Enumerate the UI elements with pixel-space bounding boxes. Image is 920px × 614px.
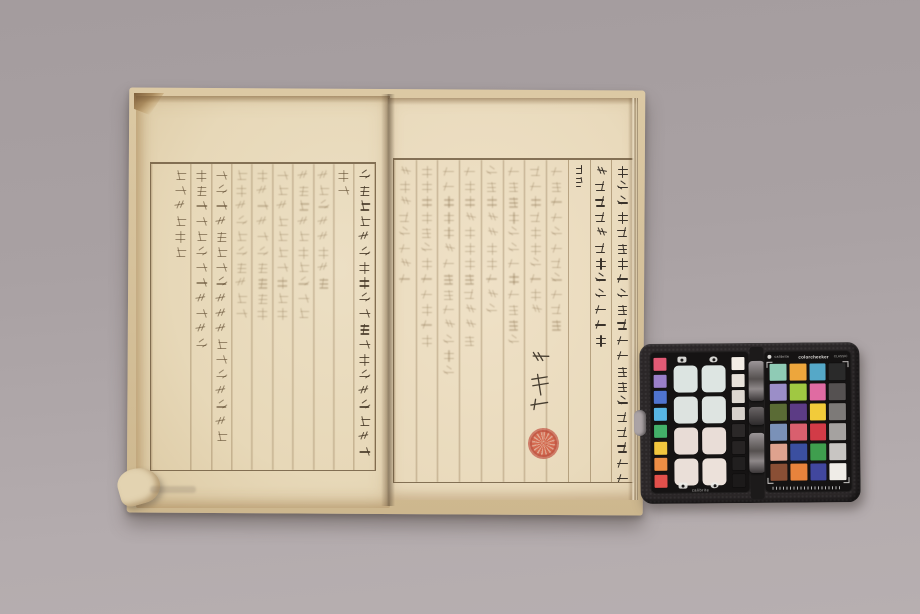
handwritten-glyph [551,212,563,224]
handwritten-glyph [617,289,629,301]
micro-text-strip [773,486,841,490]
handwritten-glyph [421,304,433,316]
handwritten-glyph [399,243,411,255]
handwritten-glyph [464,181,476,193]
handwritten-glyph [216,247,228,259]
classic-color-patch [810,463,827,480]
classic-color-patch [790,444,807,461]
handwritten-glyph [175,216,187,228]
handwritten-glyph [530,181,542,193]
text-column [437,160,459,482]
classic-color-patch [790,464,807,481]
handwritten-glyph [358,185,370,197]
handwritten-glyph [595,227,607,239]
handwritten-glyph [358,277,370,289]
handwritten-glyph [358,370,370,382]
handwritten-glyph [530,196,542,208]
handwritten-glyph [551,304,563,316]
handwritten-glyph [595,243,607,255]
color-patch [654,425,667,438]
handwritten-glyph [216,400,228,412]
handwritten-glyph [443,289,455,301]
handwritten-glyph [236,262,248,274]
handwritten-glyph [216,231,228,243]
handwritten-glyph [464,335,476,347]
classic-color-patch [769,364,786,381]
handwritten-glyph [530,304,542,316]
handwritten-glyph [216,323,228,335]
handwritten-glyph [617,196,629,208]
color-patch [654,391,667,404]
handwritten-glyph [277,200,289,212]
handwritten-glyph [617,243,629,255]
white-balance-patch-grid [673,365,726,483]
handwritten-glyph [195,247,207,259]
handwritten-glyph [338,185,350,197]
classic-color-patch [810,423,827,440]
case-hinge [749,347,764,499]
handwritten-glyph [486,212,498,224]
handwritten-glyph [257,262,269,274]
handwritten-glyph [358,293,370,305]
handwritten-glyph [530,166,542,178]
handwritten-glyph [358,416,370,428]
handwritten-glyph [617,458,629,470]
handwritten-glyph [486,289,498,301]
handwritten-glyph [358,385,370,397]
handwritten-glyph [617,442,629,454]
book-gutter-shadow [381,94,395,506]
handwritten-glyph [617,212,629,224]
handwritten-glyph [421,227,433,239]
color-patch [654,458,667,471]
handwritten-glyph [297,170,309,182]
white-balance-patch [702,396,726,423]
handwritten-glyph [318,216,330,228]
handwritten-glyph [318,231,330,243]
handwritten-glyph [551,258,563,270]
classic-color-patch [829,443,846,460]
handwritten-glyph [297,200,309,212]
handwritten-glyph [551,227,563,239]
color-patch [654,475,667,488]
handwritten-glyph [617,304,629,316]
text-column [334,164,354,470]
handwritten-glyph [595,289,607,301]
handwritten-glyph [277,216,289,228]
handwritten-glyph [216,385,228,397]
classic-color-patch [809,363,826,380]
handwritten-glyph [530,258,542,270]
handwritten-glyph [216,170,228,182]
handwritten-glyph [297,293,309,305]
white-balance-patch [674,427,698,454]
handwritten-glyph [443,227,455,239]
text-column [212,164,232,470]
handwritten-glyph [297,185,309,197]
classic-color-patch [790,424,807,441]
handwritten-glyph [508,227,520,239]
handwritten-glyph [236,200,248,212]
handwritten-glyph [236,277,248,289]
handwritten-glyph [486,181,498,193]
colorchecker-passport: calibrite calibrite colorchecker CLASSIC [639,342,860,504]
classic-color-patch [809,403,826,420]
handwritten-glyph [216,216,228,228]
handwritten-glyph [595,319,607,331]
classic-color-patch [829,423,846,440]
handwritten-glyph [617,335,629,347]
handwritten-glyph [443,212,455,224]
handwritten-glyph [464,227,476,239]
handwritten-glyph [443,366,455,378]
handwritten-glyph [464,258,476,270]
classic-color-patch [789,364,806,381]
handwritten-glyph [195,339,207,351]
handwritten-glyph [236,247,248,259]
handwritten-glyph [421,273,433,285]
handwritten-glyph [175,185,187,197]
handwritten-glyph [358,216,370,228]
handwritten-glyph [257,277,269,289]
handwritten-glyph [575,165,583,173]
handwritten-glyph [358,323,370,335]
handwritten-glyph [508,212,520,224]
camera-icon [677,357,686,363]
classic-color-patch [789,384,806,401]
handwritten-glyph [551,181,563,193]
handwritten-glyph [508,181,520,193]
handwritten-glyph [277,293,289,305]
handwritten-glyph [464,304,476,316]
edge-stain [136,96,390,103]
handwritten-glyph [595,166,607,178]
brand-logo-icon [767,355,771,359]
handwritten-glyph [216,200,228,212]
handwritten-glyph [297,308,309,320]
text-column [192,164,212,470]
handwritten-glyph [216,185,228,197]
handwritten-glyph [216,354,228,366]
handwritten-glyph [297,247,309,259]
handwritten-glyph [257,308,269,320]
color-patch [653,358,666,371]
hinge-knuckle [748,361,764,401]
handwritten-glyph [175,170,187,182]
handwritten-glyph [530,243,542,255]
handwritten-glyph [464,166,476,178]
handwritten-glyph [257,293,269,305]
handwritten-glyph [358,339,370,351]
brand-label: calibrite [651,487,751,493]
classic-color-patch [829,363,846,380]
handwritten-glyph [338,170,350,182]
handwritten-glyph [277,262,289,274]
color-patch [654,374,667,387]
handwritten-glyph [464,319,476,331]
handwritten-glyph [277,231,289,243]
handwritten-glyph [530,273,542,285]
handwritten-glyph [464,243,476,255]
handwritten-glyph [399,273,411,285]
handwritten-glyph [486,243,498,255]
text-column [481,160,503,482]
color-patch [654,441,667,454]
handwritten-glyph [175,247,187,259]
handwritten-glyph [421,335,433,347]
handwritten-glyph [421,289,433,301]
handwritten-glyph [443,350,455,362]
handwritten-glyph [216,416,228,428]
gray-patch [732,441,745,454]
text-column [294,164,314,470]
handwritten-glyph [486,196,498,208]
handwritten-glyph [318,277,330,289]
enhancement-target-panel: calibrite [649,351,750,494]
handwritten-glyph [508,304,520,316]
handwritten-glyph [257,170,269,182]
white-balance-patch [702,427,726,454]
text-column [253,164,273,470]
classic-color-patch [809,383,826,400]
handwritten-glyph [595,273,607,285]
handwritten-glyph [575,176,583,184]
handwritten-glyph [297,277,309,289]
handwritten-glyph [421,196,433,208]
handwritten-glyph [443,196,455,208]
gray-patch [732,374,745,387]
handwritten-glyph [617,396,629,408]
gray-patch [732,474,745,487]
classic-color-patch [790,404,807,421]
white-balance-patch [673,365,697,392]
handwritten-glyph [358,400,370,412]
handwritten-glyph [508,289,520,301]
left-page-ruled-columns [150,162,376,471]
handwritten-glyph [195,293,207,305]
white-balance-patch [674,396,698,423]
color-patch-column [653,358,668,488]
handwritten-glyph [595,335,607,347]
handwritten-glyph [257,200,269,212]
handwritten-glyph [195,308,207,320]
handwritten-glyph [399,227,411,239]
white-balance-patch [701,365,725,392]
handwritten-glyph [443,243,455,255]
handwritten-glyph [318,262,330,274]
color-patch [654,408,667,421]
classic-color-patch [770,384,787,401]
handwritten-glyph [421,166,433,178]
handwritten-glyph [486,166,498,178]
handwritten-glyph [617,473,629,482]
handwritten-glyph [399,166,411,178]
handwritten-glyph [508,319,520,331]
handwritten-glyph [175,231,187,243]
manuscript-right-page [388,98,638,500]
text-column [273,164,293,470]
hinge-knuckle [749,433,765,473]
handwritten-glyph [421,212,433,224]
handwritten-glyph [443,319,455,331]
classic-color-patch [770,444,787,461]
white-balance-patch [674,458,698,485]
handwritten-glyph [399,258,411,270]
handwritten-glyph [358,200,370,212]
brand-label: calibrite [774,355,789,359]
handwritten-glyph [508,258,520,270]
handwritten-glyph [216,262,228,274]
classic-target-panel: calibrite colorchecker CLASSIC [763,350,852,493]
text-column [151,164,171,470]
red-seal-impression [528,428,559,459]
handwritten-glyph [257,216,269,228]
handwritten-glyph [421,319,433,331]
handwritten-glyph [195,200,207,212]
handwritten-glyph [486,258,498,270]
text-column [314,164,334,470]
classic-color-patch [829,403,846,420]
handwritten-glyph [508,196,520,208]
handwritten-glyph [358,247,370,259]
handwritten-glyph [530,289,542,301]
gray-patch [732,390,745,403]
handwritten-glyph [257,185,269,197]
handwritten-glyph [617,412,629,424]
case-notch [634,410,646,436]
handwritten-glyph [257,231,269,243]
handwritten-glyph [236,231,248,243]
handwritten-glyph [617,273,629,285]
text-column [590,160,612,482]
gray-patch [732,424,745,437]
handwritten-glyph [530,227,542,239]
classic-color-patch [829,383,846,400]
handwritten-glyph [195,231,207,243]
handwritten-glyph [464,273,476,285]
handwritten-glyph [277,185,289,197]
handwritten-glyph [216,293,228,305]
handwritten-glyph [195,216,207,228]
gray-patch [732,457,745,470]
handwritten-glyph [318,247,330,259]
handwritten-glyph [277,247,289,259]
handwritten-glyph [595,258,607,270]
handwritten-glyph [358,231,370,243]
signature-glyph [529,372,552,397]
handwritten-glyph [486,227,498,239]
handwritten-glyph [508,335,520,347]
handwritten-glyph [195,277,207,289]
handwritten-glyph [318,170,330,182]
handwritten-glyph [399,181,411,193]
target-title: colorchecker [798,354,828,359]
handwritten-glyph [297,216,309,228]
handwritten-glyph [236,216,248,228]
handwritten-glyph [195,262,207,274]
handwritten-glyph [617,258,629,270]
handwritten-glyph [530,212,542,224]
handwritten-glyph [617,319,629,331]
handwritten-glyph [257,247,269,259]
handwritten-glyph [551,319,563,331]
handwritten-glyph [195,170,207,182]
text-column [459,160,481,482]
handwritten-glyph [358,308,370,320]
handwritten-glyph [277,277,289,289]
handwritten-glyph [443,258,455,270]
handwritten-glyph [464,196,476,208]
right-page-ruled-columns [393,158,634,483]
handwritten-glyph [277,170,289,182]
handwritten-glyph [617,181,629,193]
gray-patch-column [731,357,746,487]
handwritten-glyph [443,166,455,178]
handwritten-glyph [358,170,370,182]
handwritten-glyph [399,196,411,208]
handwritten-glyph [464,289,476,301]
cloud-icon [709,356,717,362]
handwritten-glyph [486,304,498,316]
target-title-suffix: CLASSIC [834,354,848,358]
handwritten-glyph [617,166,629,178]
handwritten-glyph [443,335,455,347]
classic-color-patch [770,424,787,441]
classic-panel-header: calibrite colorchecker CLASSIC [767,351,847,362]
handwritten-glyph [358,354,370,366]
signature-glyph [529,395,552,420]
handwritten-glyph [216,431,228,443]
handwritten-glyph [551,243,563,255]
handwritten-glyph [216,339,228,351]
handwritten-glyph [508,243,520,255]
signature-glyph [529,349,552,374]
text-column [171,164,191,470]
handwritten-glyph [216,308,228,320]
handwritten-glyph [421,243,433,255]
text-column [394,160,416,482]
handwritten-glyph [617,350,629,362]
handwritten-glyph [277,308,289,320]
gray-patch [732,407,745,420]
handwritten-glyph [236,308,248,320]
classic-color-patch [810,443,827,460]
classic-color-patch [770,404,787,421]
handwritten-glyph [443,181,455,193]
manuscript-left-page [136,96,390,508]
leaf-fold-edge [628,98,638,500]
handwritten-glyph [358,431,370,443]
handwritten-glyph [236,170,248,182]
handwritten-glyph [617,227,629,239]
handwritten-glyph [399,212,411,224]
faint-pencil-mark [150,486,196,493]
handwritten-glyph [358,262,370,274]
handwritten-glyph [421,258,433,270]
handwritten-glyph [443,304,455,316]
handwritten-glyph [297,262,309,274]
handwritten-glyph [195,185,207,197]
classic-color-patch [830,463,847,480]
handwritten-glyph [195,323,207,335]
handwritten-glyph [617,427,629,439]
handwritten-glyph [216,277,228,289]
text-column [503,160,525,482]
classic-24-patch-grid [769,363,846,481]
handwritten-glyph [421,181,433,193]
text-column [416,160,438,482]
handwritten-glyph [551,166,563,178]
